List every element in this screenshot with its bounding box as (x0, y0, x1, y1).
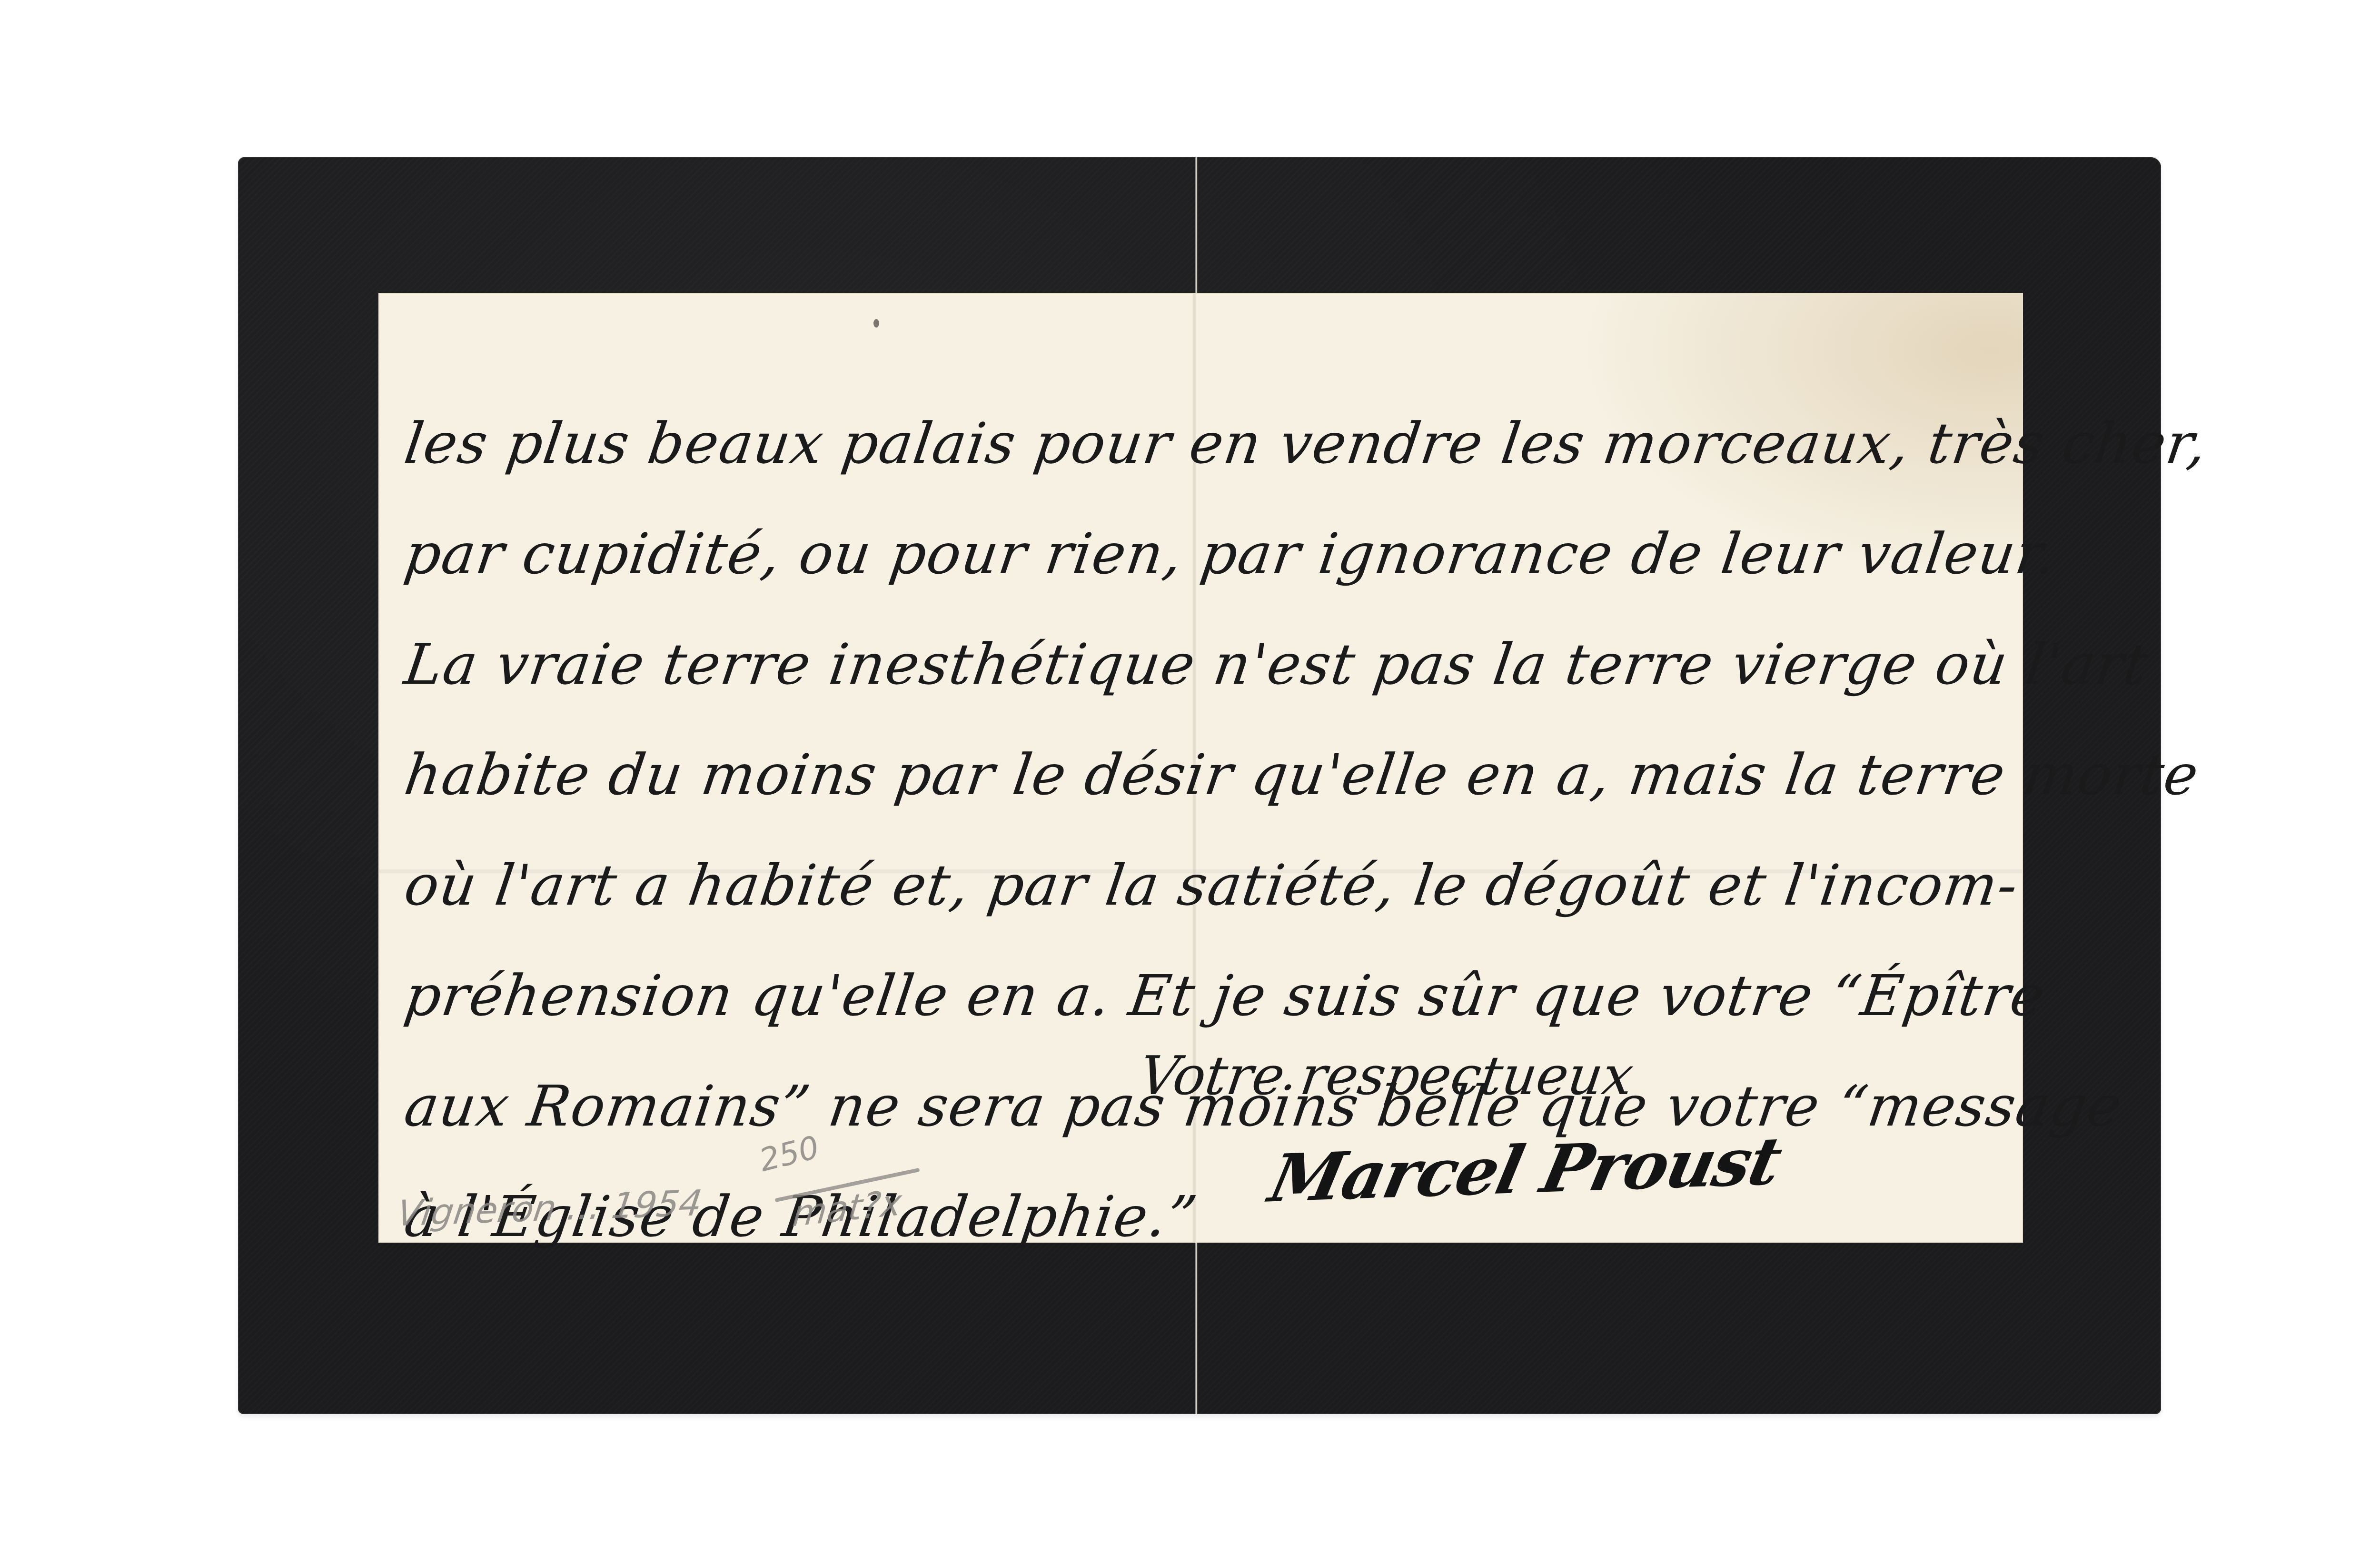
mourning-card: les plus beaux palais pour en vendre les… (238, 157, 2161, 1414)
letter-closing: Votre respectueux (1136, 1045, 1637, 1107)
ink-spot (873, 319, 879, 328)
letter-line-5: où l'art a habité et, par la satiété, le… (397, 830, 2022, 940)
letter-paper: les plus beaux palais pour en vendre les… (378, 293, 2023, 1243)
letter-line-3: La vraie terre inesthétique n'est pas la… (397, 609, 2022, 719)
letter-line-4: habite du moins par le désir qu'elle en … (397, 719, 2022, 830)
letter-line-2: par cupidité, ou pour rien, par ignoranc… (397, 498, 2022, 609)
letter-line-6: préhension qu'elle en a. Et je suis sûr … (397, 940, 2022, 1051)
letter-line-1: les plus beaux palais pour en vendre les… (397, 388, 2022, 498)
